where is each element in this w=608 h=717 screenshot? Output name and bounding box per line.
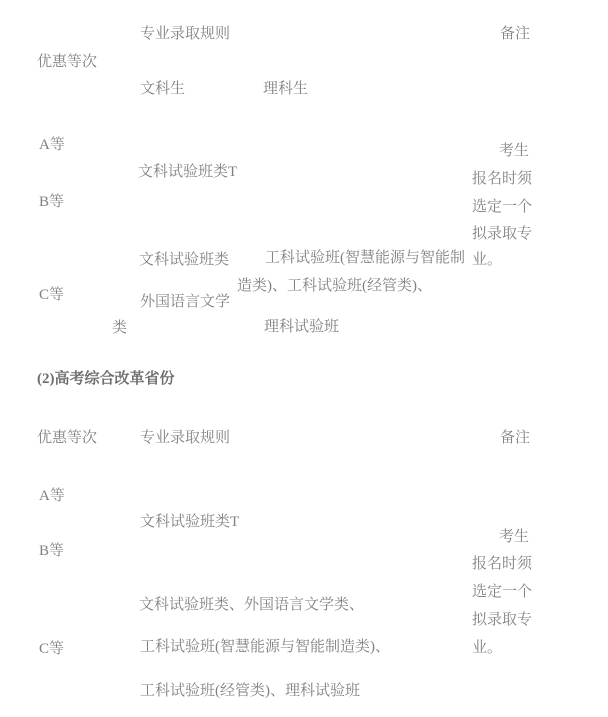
row-header-tier-c: C等 bbox=[39, 641, 64, 657]
admission-rules-page: 专业录取规则 备注 优惠等次 文科生 理科生 A等 考生 文科试验班类T 报名时… bbox=[0, 0, 608, 717]
row-header-tier-b: B等 bbox=[39, 194, 64, 210]
col-header-remark: 备注 bbox=[500, 26, 530, 42]
row-header-tier-a: A等 bbox=[39, 488, 65, 504]
cell-c-rule-line: 文科试验班类、外国语言文学类、 bbox=[139, 597, 364, 613]
col-header-tier: 优惠等次 bbox=[37, 430, 97, 446]
col-header-science: 理科生 bbox=[263, 81, 308, 97]
remark-line: 业。 bbox=[472, 252, 502, 268]
row-header-tier-c: C等 bbox=[39, 287, 64, 303]
cell-c-rule-line: 工科试验班(经管类)、理科试验班 bbox=[140, 683, 360, 699]
cell-c-science-line: 工科试验班(智慧能源与智能制 bbox=[265, 250, 465, 266]
section-heading-reform-provinces: (2)高考综合改革省份 bbox=[37, 371, 175, 387]
col-header-admission-rule: 专业录取规则 bbox=[140, 430, 230, 446]
remark-line: 选定一个 bbox=[472, 584, 532, 600]
remark-line: 拟录取专 bbox=[472, 612, 532, 628]
cell-c-science-line: 造类)、工科试验班(经管类)、 bbox=[237, 278, 432, 294]
cell-c-science-line: 理科试验班 bbox=[264, 319, 339, 335]
cell-c-rule-line: 工科试验班(智慧能源与智能制造类)、 bbox=[140, 639, 390, 655]
col-header-tier: 优惠等次 bbox=[37, 54, 97, 70]
remark-line: 选定一个 bbox=[472, 199, 532, 215]
remark-line: 报名时须 bbox=[472, 171, 532, 187]
col-header-remark: 备注 bbox=[500, 430, 530, 446]
remark-line: 报名时须 bbox=[472, 556, 532, 572]
cell-ab-rule: 文科试验班类T bbox=[138, 164, 237, 180]
remark-line: 考生 bbox=[499, 529, 529, 545]
remark-line: 业。 bbox=[472, 640, 502, 656]
remark-line: 考生 bbox=[499, 143, 529, 159]
col-header-liberal-arts: 文科生 bbox=[140, 81, 185, 97]
row-header-tier-b: B等 bbox=[39, 543, 64, 559]
cell-c-liberal-line: 文科试验班类 bbox=[139, 252, 229, 268]
col-header-admission-rule: 专业录取规则 bbox=[140, 26, 230, 42]
cell-c-liberal-line: 外国语言文学 bbox=[140, 294, 230, 310]
remark-line: 拟录取专 bbox=[472, 226, 532, 242]
cell-c-liberal-line: 类 bbox=[112, 320, 127, 336]
cell-ab-rule: 文科试验班类T bbox=[140, 514, 239, 530]
row-header-tier-a: A等 bbox=[39, 137, 65, 153]
